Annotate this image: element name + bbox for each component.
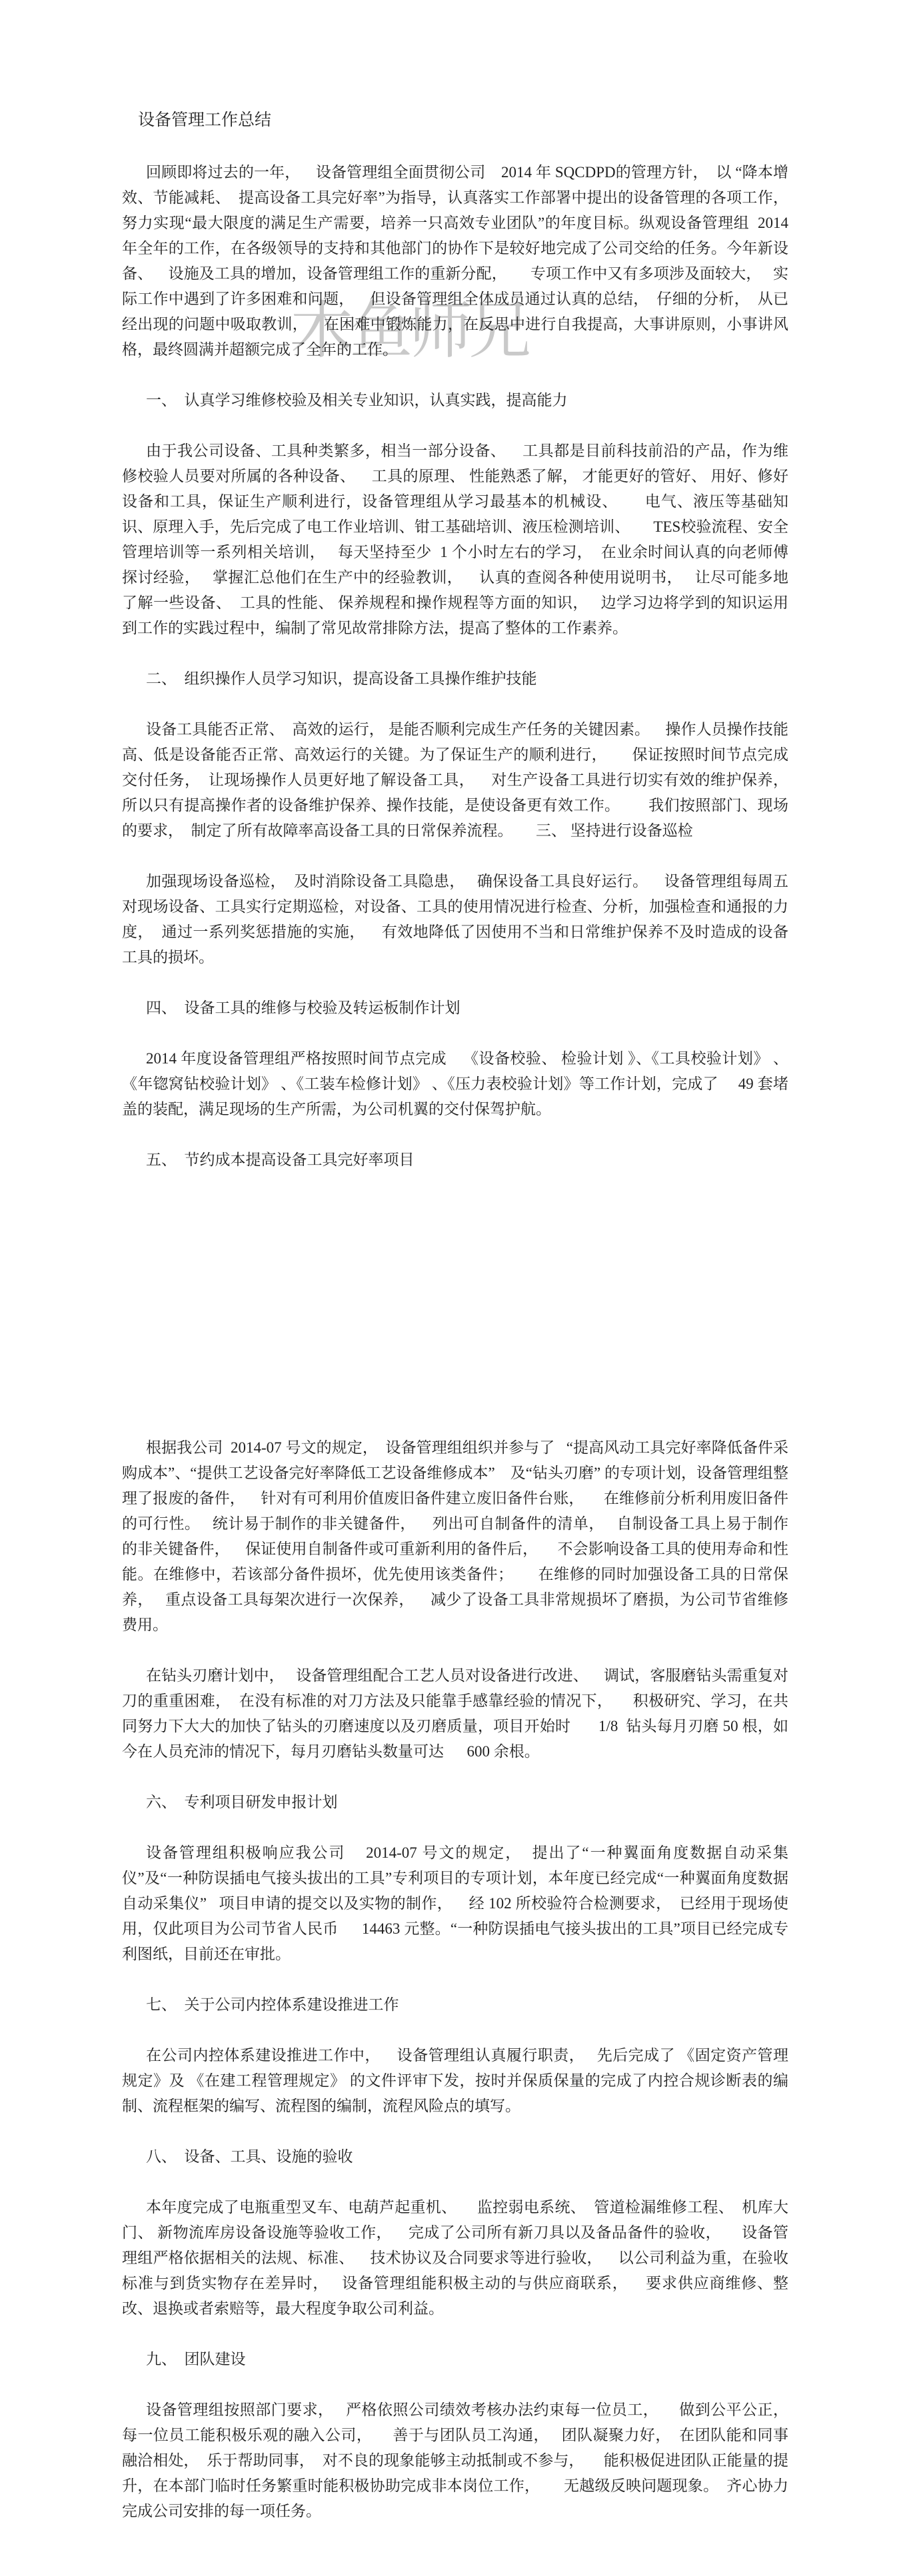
paragraph-section-3: 加强现场设备巡检， 及时消除设备工具隐患， 确保设备工具良好运行。 设备管理组每… [122,869,788,970]
section-heading-9: 九、 团队建设 [122,2347,788,2372]
section-heading-7: 七、 关于公司内控体系建设推进工作 [122,1992,788,2018]
document-page: 木鱼师兄 设备管理工作总结 回顾即将过去的一年， 设备管理组全面贯彻公司 201… [0,0,911,2576]
paragraph-section-6: 设备管理组积极响应我公司 2014-07 号文的规定， 提出了“一种翼面角度数据… [122,1840,788,1967]
paragraph-intro: 回顾即将过去的一年， 设备管理组全面贯彻公司 2014 年 SQCDPD的管理方… [122,160,788,362]
section-heading-4: 四、 设备工具的维修与校验及转运板制作计划 [122,995,788,1021]
document-title: 设备管理工作总结 [138,108,788,133]
section-heading-5: 五、 节约成本提高设备工具完好率项目 [122,1147,788,1173]
section-heading-2: 二、 组织操作人员学习知识，提高设备工具操作维护技能 [122,666,788,692]
section-heading-8: 八、 设备、工具、设施的验收 [122,2144,788,2170]
paragraph-section-9: 设备管理组按照部门要求， 严格依照公司绩效考核办法约束每一位员工， 做到公平公正… [122,2397,788,2524]
paragraph-section-7: 在公司内控体系建设推进工作中， 设备管理组认真履行职责， 先后完成了 《固定资产… [122,2043,788,2119]
paragraph-section-4: 2014 年度设备管理组严格按照时间节点完成 《设备校验、 检验计划 》、《工具… [122,1046,788,1122]
paragraph-section-5b: 在钻头刃磨计划中， 设备管理组配合工艺人员对设备进行改进、 调试，客服磨钻头需重… [122,1663,788,1764]
paragraph-section-2: 设备工具能否正常、 高效的运行， 是能否顺利完成生产任务的关键因素。 操作人员操… [122,717,788,844]
section-heading-1: 一、 认真学习维修校验及相关专业知识，认真实践，提高能力 [122,388,788,413]
paragraph-section-8: 本年度完成了电瓶重型叉车、电葫芦起重机、 监控弱电系统、 管道检漏维修工程、 机… [122,2195,788,2321]
section-heading-6: 六、 专利项目研发申报计划 [122,1790,788,1815]
page-break-gap [122,1198,788,1435]
paragraph-section-5a: 根据我公司 2014-07 号文的规定， 设备管理组组织并参与了 “提高风动工具… [122,1435,788,1638]
paragraph-section-1: 由于我公司设备、工具种类繁多，相当一部分设备、 工具都是目前科技前沿的产品，作为… [122,438,788,641]
document-content: 设备管理工作总结 回顾即将过去的一年， 设备管理组全面贯彻公司 2014 年 S… [122,108,788,2524]
